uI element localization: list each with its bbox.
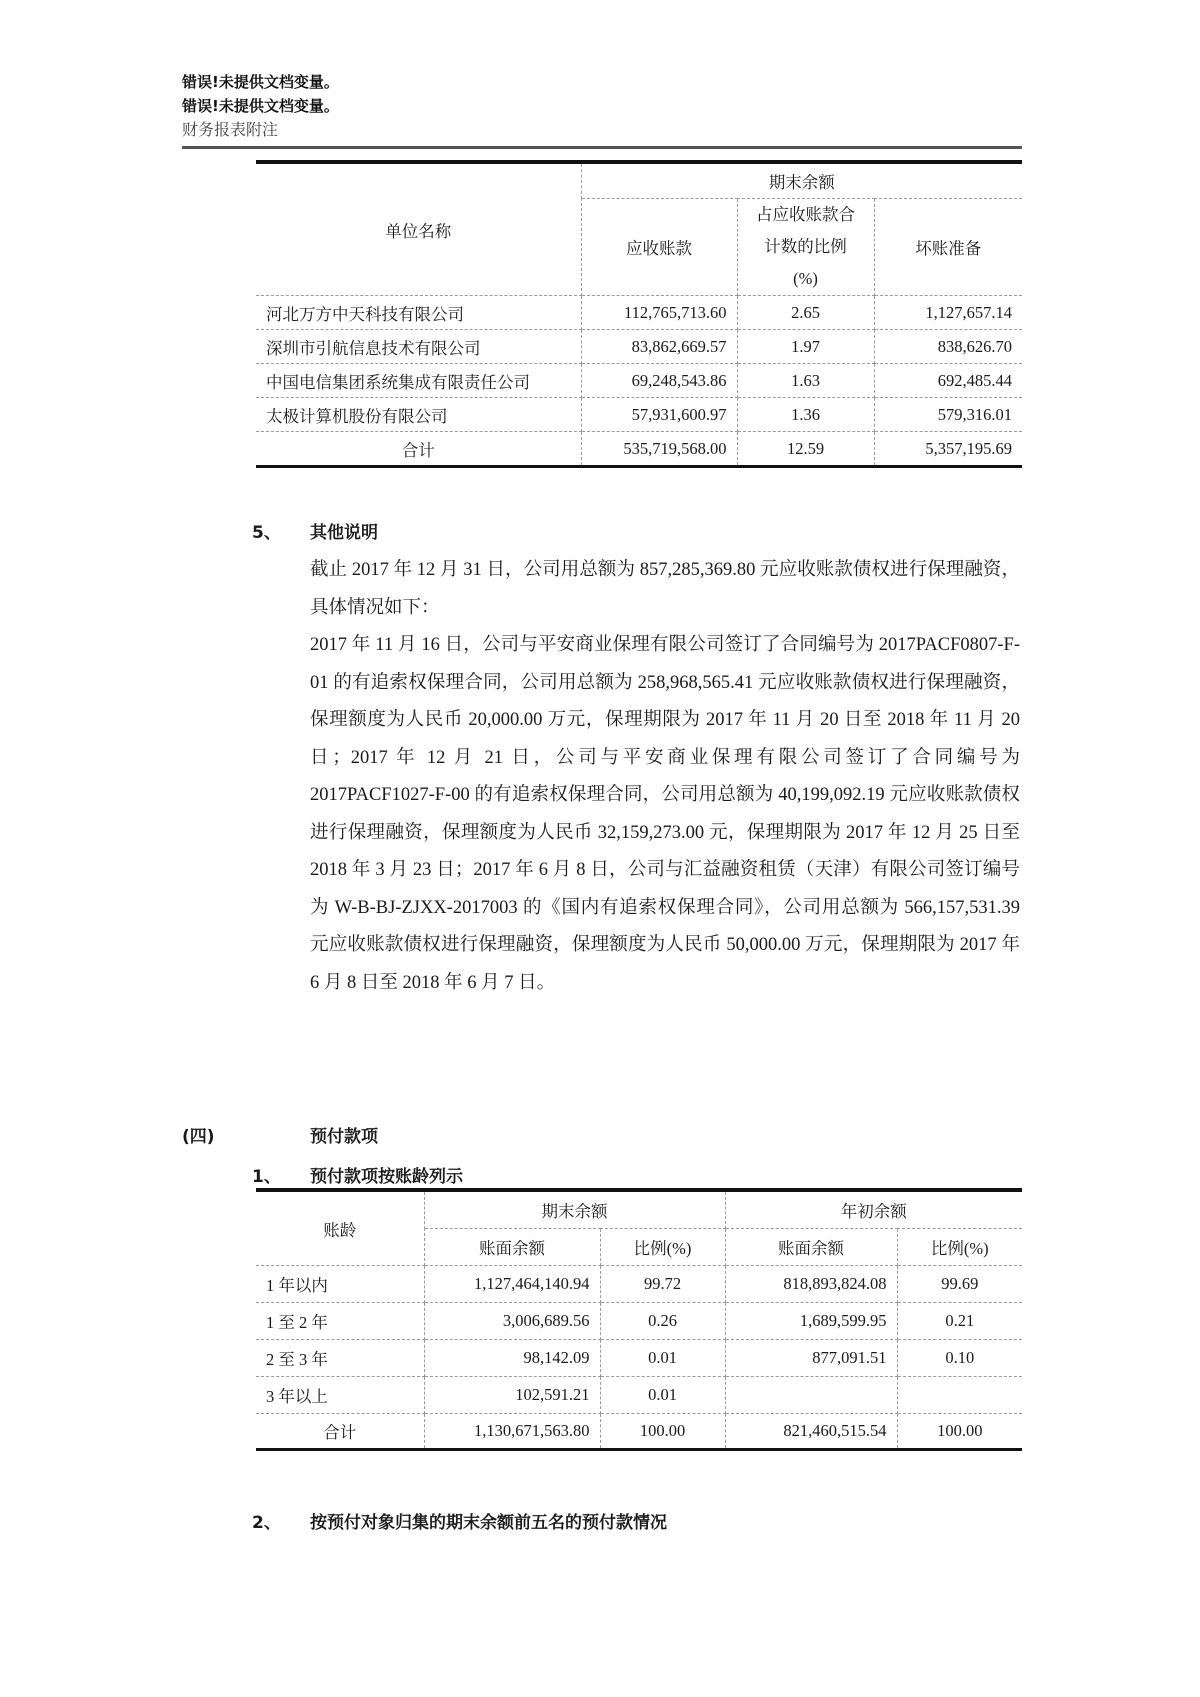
cell-aging: 1 年以内 — [256, 1266, 424, 1303]
page-header: 错误!未提供文档变量。 错误!未提供文档变量。 财务报表附注 — [182, 70, 1022, 149]
subsection-2-title: 按预付对象归集的期末余额前五名的预付款情况 — [310, 1513, 667, 1533]
table-total-row: 合计 535,719,568.00 12.59 5,357,195.69 — [256, 432, 1022, 467]
table-row: 河北万方中天科技有限公司 112,765,713.60 2.65 1,127,6… — [256, 296, 1022, 330]
section-5-title: 其他说明 — [310, 523, 378, 543]
subsection-1-title: 预付款项按账龄列示 — [310, 1167, 463, 1187]
section-4-title: 预付款项 — [310, 1127, 378, 1147]
header-period-end-balance: 期末余额 — [581, 162, 1022, 199]
cell-aging: 1 至 2 年 — [256, 1303, 424, 1340]
cell-begin-ratio: 0.21 — [897, 1303, 1022, 1340]
cell-name: 深圳市引航信息技术有限公司 — [256, 330, 581, 364]
cell-end-balance: 102,591.21 — [424, 1377, 600, 1414]
cell-total-bad-debt: 5,357,195.69 — [874, 432, 1022, 467]
cell-aging: 2 至 3 年 — [256, 1340, 424, 1377]
header-error-line-2: 错误!未提供文档变量。 — [182, 94, 1022, 118]
cell-ratio: 1.63 — [737, 364, 874, 398]
cell-begin-balance: 877,091.51 — [725, 1340, 897, 1377]
cell-receivable: 83,862,669.57 — [581, 330, 737, 364]
table-row: 中国电信集团系统集成有限责任公司 69,248,543.86 1.63 692,… — [256, 364, 1022, 398]
subsection-1-heading: 1、预付款项按账龄列示 — [252, 1162, 463, 1187]
cell-begin-ratio: 99.69 — [897, 1266, 1022, 1303]
table-row: 1 年以内 1,127,464,140.94 99.72 818,893,824… — [256, 1266, 1022, 1303]
cell-receivable: 57,931,600.97 — [581, 398, 737, 432]
cell-begin-ratio — [897, 1377, 1022, 1414]
header-subtitle: 财务报表附注 — [182, 118, 1022, 149]
table-row: 太极计算机股份有限公司 57,931,600.97 1.36 579,316.0… — [256, 398, 1022, 432]
cell-total-begin-ratio: 100.00 — [897, 1414, 1022, 1450]
section-4-number: (四) — [182, 1122, 310, 1147]
header-period-end-balance: 期末余额 — [424, 1190, 725, 1229]
header-ratio-line-3: (%) — [748, 263, 864, 295]
cell-total-begin-balance: 821,460,515.54 — [725, 1414, 897, 1450]
subsection-2-number: 2、 — [252, 1508, 310, 1533]
section-4-heading: (四)预付款项 — [182, 1122, 378, 1147]
header-ratio-line-1: 占应收账款合 — [748, 199, 864, 231]
cell-total-end-balance: 1,130,671,563.80 — [424, 1414, 600, 1450]
header-error-line-1: 错误!未提供文档变量。 — [182, 70, 1022, 94]
cell-bad-debt: 692,485.44 — [874, 364, 1022, 398]
table-row: 深圳市引航信息技术有限公司 83,862,669.57 1.97 838,626… — [256, 330, 1022, 364]
table-row: 3 年以上 102,591.21 0.01 — [256, 1377, 1022, 1414]
cell-name: 河北万方中天科技有限公司 — [256, 296, 581, 330]
cell-total-label: 合计 — [256, 432, 581, 467]
header-end-book-balance: 账面余额 — [424, 1229, 600, 1266]
cell-begin-ratio: 0.10 — [897, 1340, 1022, 1377]
header-year-begin-balance: 年初余额 — [725, 1190, 1022, 1229]
cell-name: 中国电信集团系统集成有限责任公司 — [256, 364, 581, 398]
header-bad-debt: 坏账准备 — [874, 199, 1022, 296]
cell-total-end-ratio: 100.00 — [600, 1414, 725, 1450]
cell-receivable: 112,765,713.60 — [581, 296, 737, 330]
table-header-row: 单位名称 期末余额 — [256, 162, 1022, 199]
cell-end-ratio: 99.72 — [600, 1266, 725, 1303]
header-receivable: 应收账款 — [581, 199, 737, 296]
section-5-heading: 5、其他说明 — [252, 518, 378, 543]
header-unit-name: 单位名称 — [256, 162, 581, 296]
table-row: 2 至 3 年 98,142.09 0.01 877,091.51 0.10 — [256, 1340, 1022, 1377]
cell-end-balance: 3,006,689.56 — [424, 1303, 600, 1340]
header-begin-ratio: 比例(%) — [897, 1229, 1022, 1266]
section-5-number: 5、 — [252, 518, 310, 543]
header-ratio: 占应收账款合 计数的比例 (%) — [737, 199, 874, 296]
table-total-row: 合计 1,130,671,563.80 100.00 821,460,515.5… — [256, 1414, 1022, 1450]
section-5-paragraph-2: 2017 年 11 月 16 日，公司与平安商业保理有限公司签订了合同编号为 2… — [310, 627, 1020, 1002]
subsection-1-number: 1、 — [252, 1162, 310, 1187]
table-row: 1 至 2 年 3,006,689.56 0.26 1,689,599.95 0… — [256, 1303, 1022, 1340]
prepayments-aging-table: 账龄 期末余额 年初余额 账面余额 比例(%) 账面余额 比例(%) 1 年以内… — [256, 1188, 1022, 1451]
cell-end-balance: 98,142.09 — [424, 1340, 600, 1377]
cell-total-label: 合计 — [256, 1414, 424, 1450]
cell-receivable: 69,248,543.86 — [581, 364, 737, 398]
cell-begin-balance: 1,689,599.95 — [725, 1303, 897, 1340]
cell-bad-debt: 579,316.01 — [874, 398, 1022, 432]
cell-total-ratio: 12.59 — [737, 432, 874, 467]
cell-name: 太极计算机股份有限公司 — [256, 398, 581, 432]
header-ratio-line-2: 计数的比例 — [748, 231, 864, 263]
cell-total-receivable: 535,719,568.00 — [581, 432, 737, 467]
cell-ratio: 1.36 — [737, 398, 874, 432]
cell-end-ratio: 0.01 — [600, 1340, 725, 1377]
header-begin-book-balance: 账面余额 — [725, 1229, 897, 1266]
cell-aging: 3 年以上 — [256, 1377, 424, 1414]
subsection-2-heading: 2、按预付对象归集的期末余额前五名的预付款情况 — [252, 1508, 667, 1533]
cell-begin-balance — [725, 1377, 897, 1414]
cell-end-balance: 1,127,464,140.94 — [424, 1266, 600, 1303]
table-header-row: 账龄 期末余额 年初余额 — [256, 1190, 1022, 1229]
cell-bad-debt: 838,626.70 — [874, 330, 1022, 364]
cell-ratio: 1.97 — [737, 330, 874, 364]
cell-ratio: 2.65 — [737, 296, 874, 330]
cell-bad-debt: 1,127,657.14 — [874, 296, 1022, 330]
cell-end-ratio: 0.01 — [600, 1377, 725, 1414]
header-aging: 账龄 — [256, 1190, 424, 1266]
receivables-top-debtors-table: 单位名称 期末余额 应收账款 占应收账款合 计数的比例 (%) 坏账准备 河北万… — [256, 160, 1022, 468]
cell-begin-balance: 818,893,824.08 — [725, 1266, 897, 1303]
cell-end-ratio: 0.26 — [600, 1303, 725, 1340]
section-5-paragraph-1: 截止 2017 年 12 月 31 日，公司用总额为 857,285,369.8… — [310, 552, 1020, 627]
header-end-ratio: 比例(%) — [600, 1229, 725, 1266]
